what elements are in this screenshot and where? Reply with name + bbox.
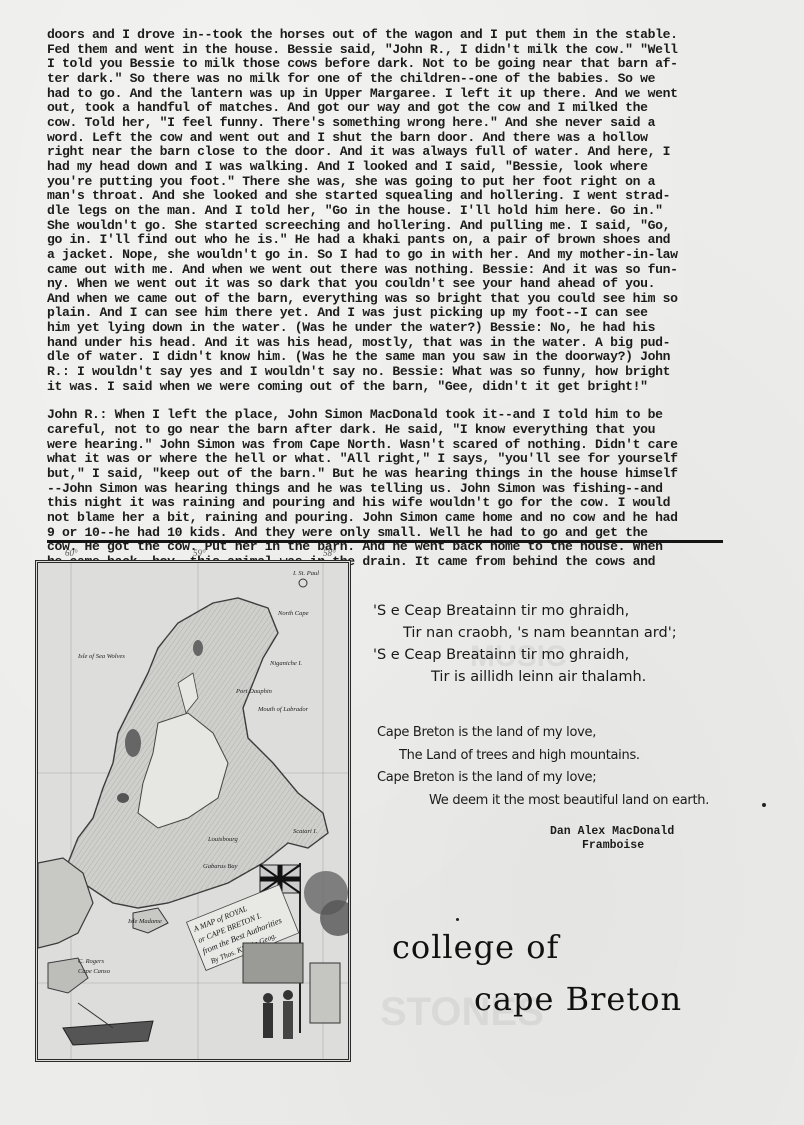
gaelic-verse: 'S e Ceap Breatainn tir mo ghraidh, Tir … [373, 600, 793, 688]
map-label: Louisbourg [207, 836, 238, 843]
article-paragraph-1: doors and I drove in--took the horses ou… [47, 28, 777, 394]
verse-line: We deem it the most beautiful land on ea… [377, 790, 797, 813]
verse-line: Tir is aillidh leinn air thalamh. [373, 666, 793, 688]
speck [456, 918, 459, 921]
verse-line: The Land of trees and high mountains. [377, 745, 797, 768]
map-label: Cape Canso [78, 968, 111, 975]
map-label: Scatari I. [293, 828, 318, 835]
verse-line: Tir nan craobh, 's nam beanntan ard'; [373, 622, 793, 644]
article-body: doors and I drove in--took the horses ou… [47, 28, 777, 570]
map-engraving: I. St. Paul North Cape Isle of Sea Wolve… [35, 560, 351, 1062]
map-label: Gabarus Bay [203, 863, 238, 870]
poem-attribution: Dan Alex MacDonald Framboise [550, 825, 674, 853]
college-logo-line-1: college of [392, 928, 559, 966]
map-label: I. St. Paul [292, 570, 319, 577]
author-place: Framboise [550, 839, 674, 853]
map-label: Mouth of Labrador [257, 706, 309, 713]
article-paragraph-2: John R.: When I left the place, John Sim… [47, 408, 777, 569]
map-tick: 60° [65, 548, 78, 558]
map-label: Isle Madame [127, 918, 162, 925]
verse-line: 'S e Ceap Breatainn tir mo ghraidh, [373, 600, 793, 622]
author-name: Dan Alex MacDonald [550, 825, 674, 839]
english-translation: Cape Breton is the land of my love, The … [377, 722, 797, 812]
map-tick: 59° [193, 548, 206, 558]
map-tick: 58° [323, 548, 336, 558]
map-label: North Cape [277, 610, 309, 617]
cape-breton-map-illustration: I. St. Paul North Cape Isle of Sea Wolve… [38, 563, 348, 1059]
map-label: Port Dauphin [235, 688, 272, 695]
verse-line: 'S e Ceap Breatainn tir mo ghraidh, [373, 644, 793, 666]
speck [762, 803, 766, 807]
map-label: C. Rogers [78, 958, 104, 965]
map-label: Niganiche I. [269, 660, 303, 667]
map-label: Isle of Sea Wolves [77, 653, 125, 660]
college-logo-line-2: cape Breton [474, 980, 682, 1018]
section-divider [47, 540, 723, 543]
historic-map: 60° 59° 58° [33, 548, 351, 1060]
verse-line: Cape Breton is the land of my love, [377, 722, 797, 745]
verse-line: Cape Breton is the land of my love; [377, 767, 797, 790]
